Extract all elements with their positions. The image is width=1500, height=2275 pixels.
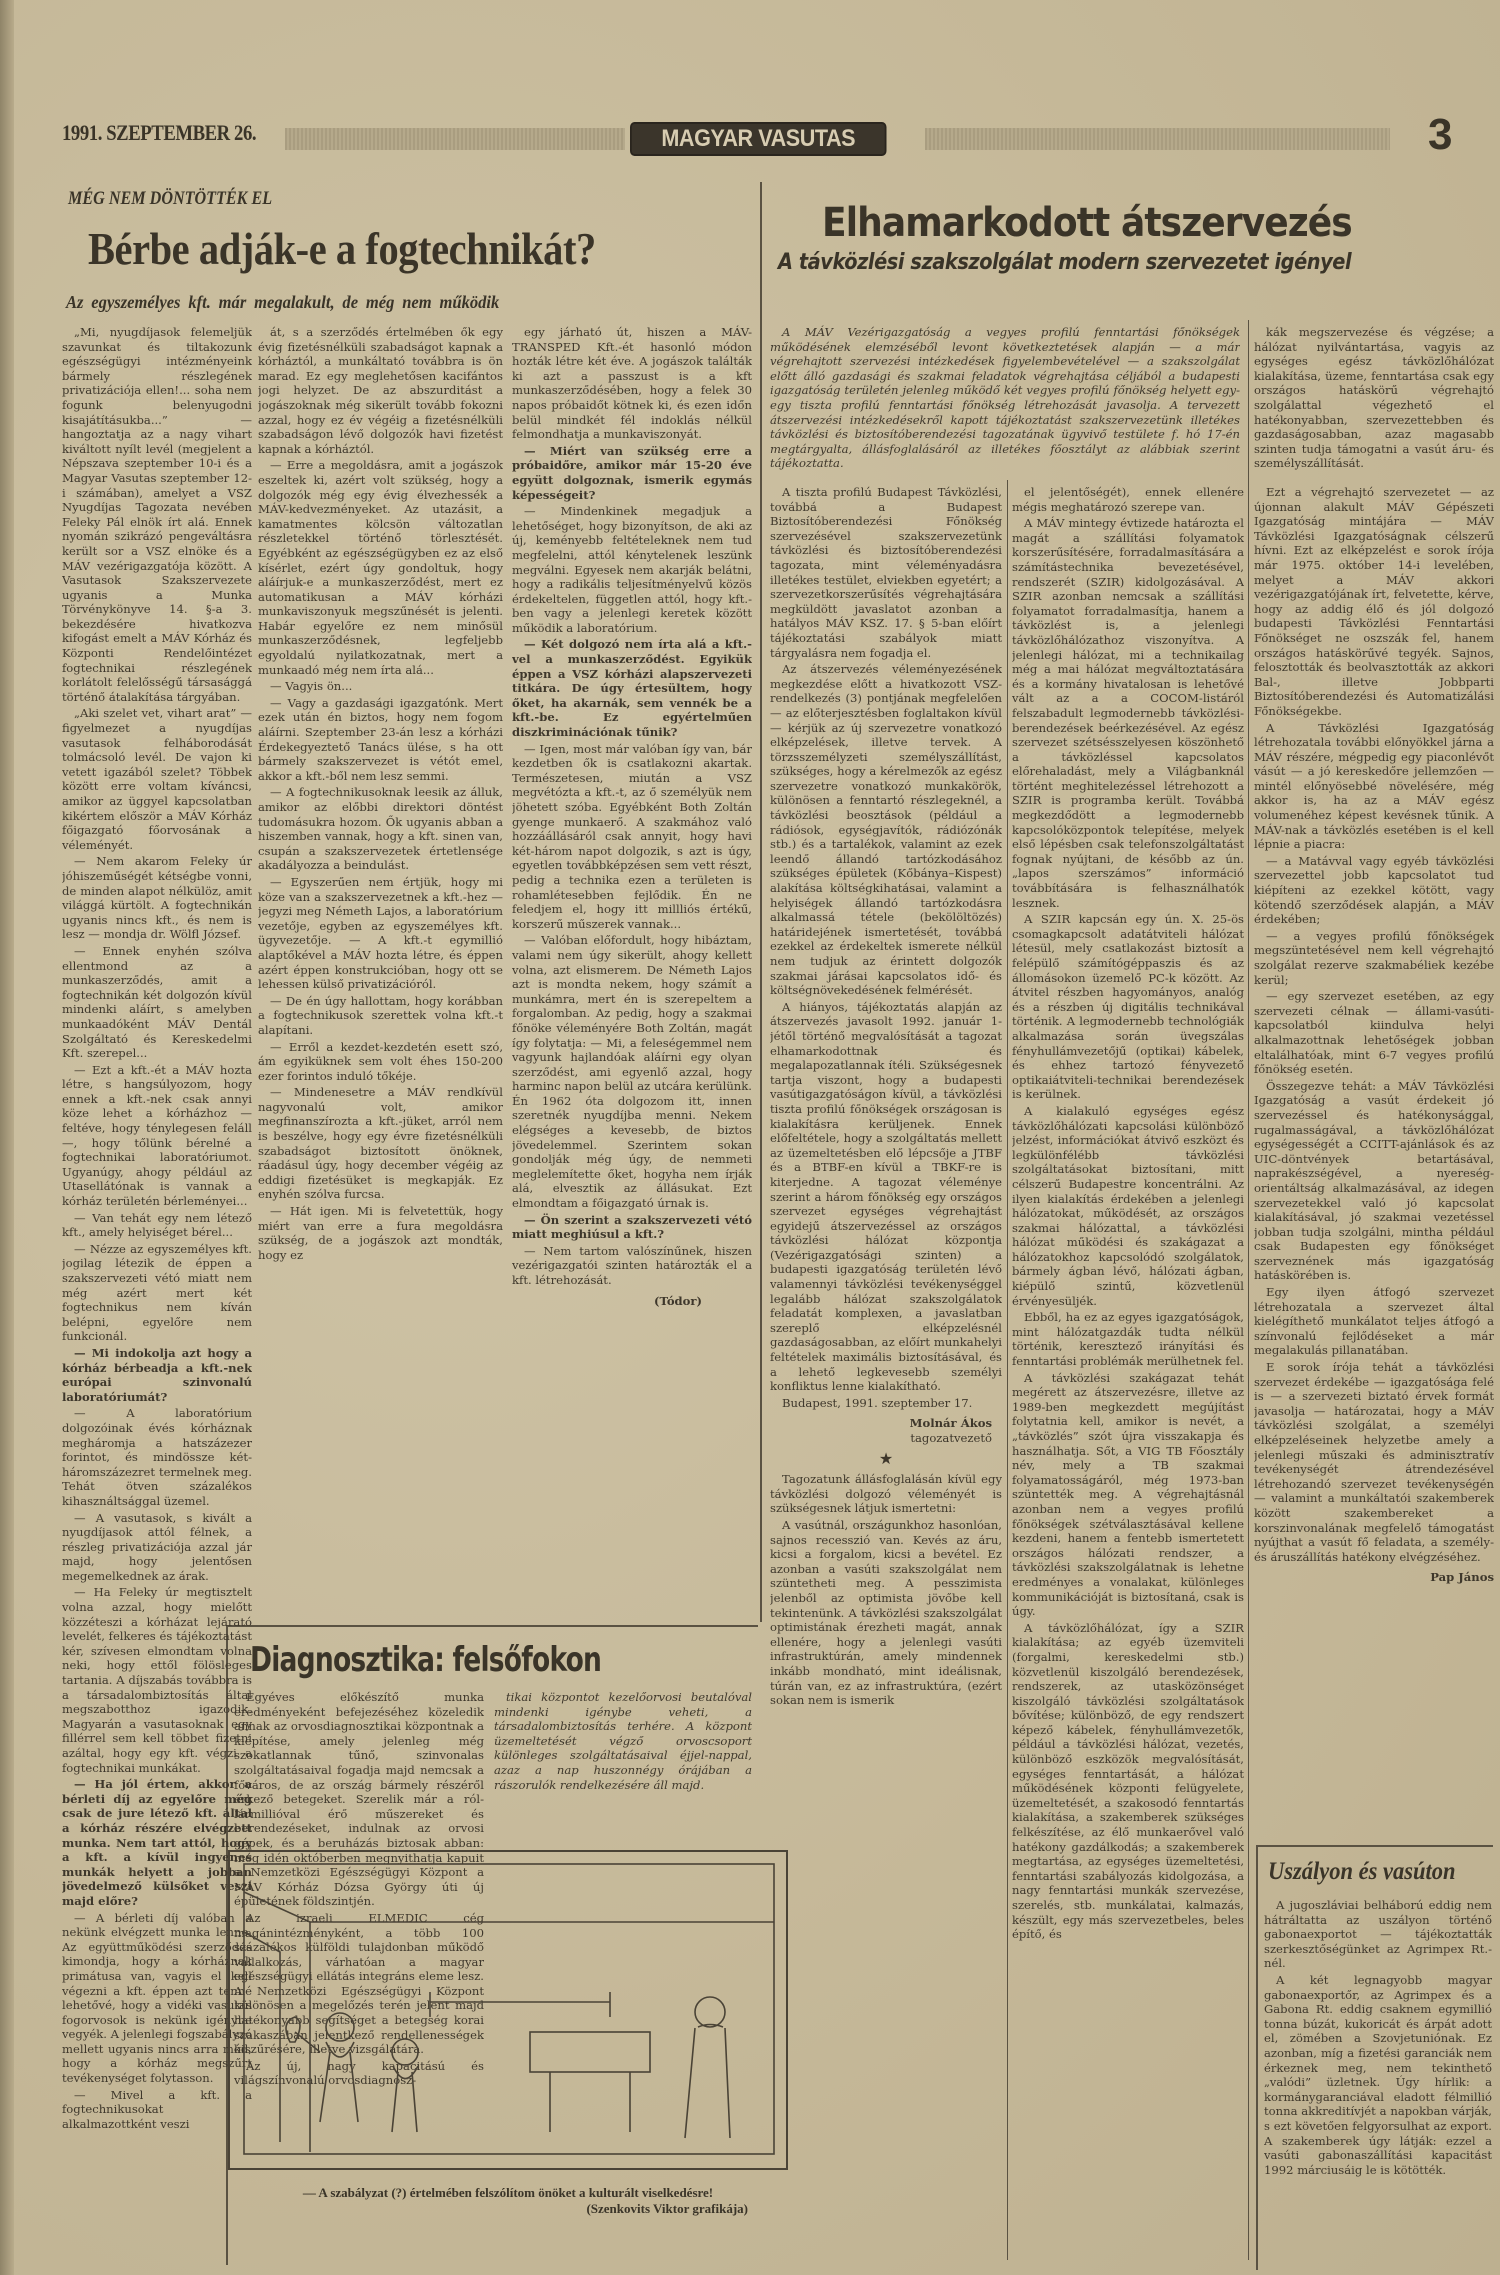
article-column-fogtechnika-3: egy járható út, hiszen a MÁV-TRANSPED Kf… bbox=[512, 325, 752, 1615]
paragraph: Egy ilyen átfogó szervezet létrehozatala… bbox=[1254, 1285, 1494, 1358]
column-rule bbox=[1248, 320, 1249, 2260]
paragraph: — Van tehát egy nem létező kft., amely h… bbox=[62, 1211, 252, 1240]
paragraph: Ebből, ha ez az egyes igazgatóságok, min… bbox=[1012, 1310, 1244, 1368]
column-rule bbox=[760, 182, 762, 1622]
article-lead-atszervezes: A MÁV Vezérigazgatóság a vegyes profilú … bbox=[770, 325, 1240, 475]
paragraph: — Ön szerint a szakszervezeti vétó miatt… bbox=[512, 1213, 752, 1242]
paragraph: — egy szervezet esetében, az egy szervez… bbox=[1254, 989, 1494, 1077]
paragraph: — Vagyis ön... bbox=[258, 679, 503, 694]
paragraph: — Mi indokolja azt hogy a kórház bérbead… bbox=[62, 1346, 252, 1404]
paragraph: — Ha Feleky úr megtisztelt volna azzal, … bbox=[62, 1585, 252, 1775]
masthead-rule-left bbox=[285, 128, 625, 150]
cartoon-caption: — A szabályzat (?) értelmében felszólíto… bbox=[228, 2185, 788, 2217]
paragraph: — Ha jól értem, akkor a bérleti díj az e… bbox=[62, 1777, 252, 1908]
paragraph: — a vegyes profilú főnökségek megszüntet… bbox=[1254, 929, 1494, 987]
article-subheadline-atszervezes: A távközlési szakszolgálat modern szerve… bbox=[778, 250, 1351, 275]
paragraph: A távközlőhálózat, így a SZIR kialakítás… bbox=[1012, 1621, 1244, 1942]
paragraph: Tagozatunk állásfoglalásán kívül egy táv… bbox=[770, 1472, 1002, 1516]
paragraph: — De én úgy hallottam, hogy korábban a f… bbox=[258, 994, 503, 1038]
paragraph: A Távközlési Igazgatóság létrehozatala t… bbox=[1254, 721, 1494, 852]
paragraph: — Mivel a kft. a fogtechnikusokat alkalm… bbox=[62, 2088, 252, 2132]
caption-text: — A szabályzat (?) értelmében felszólíto… bbox=[303, 2185, 713, 2200]
paragraph: — Igen, most már valóban így van, bár ke… bbox=[512, 742, 752, 932]
paragraph: — Mindenesetre a MÁV rendkívül nagyvonal… bbox=[258, 1085, 503, 1202]
paragraph: Ezt a végrehajtó szervezetet — az újonna… bbox=[1254, 485, 1494, 719]
article-lead-continued: kák megszervezése és végzése; a hálózat … bbox=[1254, 325, 1494, 475]
paragraph: A vasútnál, országunkhoz hasonlóan, sajn… bbox=[770, 1518, 1002, 1708]
article-column-atszervezes-2: el jelentőségét), ennek ellenére mégis m… bbox=[1012, 485, 1244, 2270]
paragraph: — A bérleti díj valóban a nekünk elvégze… bbox=[62, 1911, 252, 2086]
paragraph: egy járható út, hiszen a MÁV-TRANSPED Kf… bbox=[512, 325, 752, 442]
article-column-diagnosztika-2: tikai központot kezelőorvosi beutalóval … bbox=[494, 1690, 752, 1840]
paragraph: — Ennek enyhén szólva ellentmond az a mu… bbox=[62, 944, 252, 1061]
article-column-fogtechnika-2: át, s a szerződés értelmében ők egy évig… bbox=[258, 325, 503, 1615]
article-column-atszervezes-3: Ezt a végrehajtó szervezetet — az újonna… bbox=[1254, 485, 1494, 1815]
section-rule bbox=[228, 1625, 758, 1627]
paragraph: — Nézze az egyszemélyes kft. jogilag lét… bbox=[62, 1242, 252, 1344]
masthead-rule-right bbox=[925, 128, 1390, 150]
article-column-uszalyon: A jugoszláviai belháború eddig nem hátrá… bbox=[1264, 1898, 1492, 2268]
cartoon-illustration bbox=[228, 1850, 788, 2170]
paragraph: „Aki szelet vet, vihart arat” — figyelme… bbox=[62, 706, 252, 852]
paragraph: el jelentőségét), ennek ellenére mégis m… bbox=[1012, 485, 1244, 514]
place-date: Budapest, 1991. szeptember 17. bbox=[770, 1396, 1002, 1411]
paragraph: A tiszta profilú Budapest Távközlési, to… bbox=[770, 485, 1002, 660]
paragraph: — Erre a megoldásra, amit a jogászok esz… bbox=[258, 458, 503, 677]
caption-credit: (Szenkovits Viktor grafikája) bbox=[228, 2201, 788, 2217]
paper-nameplate: MAGYAR VASUTAS bbox=[630, 122, 887, 156]
paragraph: — Ezt a kft.-ét a MÁV hozta létre, s han… bbox=[62, 1063, 252, 1209]
author-signature: Molnár Ákos bbox=[770, 1416, 1002, 1431]
paragraph: — Hát igen. Mi is felvetettük, hogy miér… bbox=[258, 1204, 503, 1262]
paragraph: — Két dolgozó nem írta alá a kft.-vel a … bbox=[512, 637, 752, 739]
paragraph: — Miért van szükség erre a próbaidőre, a… bbox=[512, 444, 752, 502]
page-number: 3 bbox=[1428, 110, 1452, 160]
section-rule bbox=[1258, 1845, 1493, 1847]
paragraph: — Nem tartom valószínűnek, hiszen vezéri… bbox=[512, 1244, 752, 1288]
paragraph: — Erről a kezdet-kezdetén esett szó, ám … bbox=[258, 1040, 503, 1084]
author-title: tagozatvezető bbox=[770, 1431, 1002, 1446]
column-rule bbox=[1256, 1845, 1258, 2270]
page-fold-shadow bbox=[0, 0, 14, 2275]
paragraph: — A vasutasok, s kivált a nyugdíjasok at… bbox=[62, 1511, 252, 1584]
article-subheadline-fogtechnika: Az egyszemélyes kft. már megalakult, de … bbox=[66, 292, 499, 313]
paragraph: át, s a szerződés értelmében ők egy évig… bbox=[258, 325, 503, 456]
article-headline-fogtechnika: Bérbe adják-e a fogtechnikát? bbox=[88, 222, 596, 275]
paragraph: A jugoszláviai belháború eddig nem hátrá… bbox=[1264, 1898, 1492, 1971]
paragraph: — Nem akarom Feleky úr jóhiszeműségét ké… bbox=[62, 854, 252, 942]
paragraph: A kialakuló egységes egész távközlőhálóz… bbox=[1012, 1104, 1244, 1308]
paragraph: — A fogtechnikusoknak leesik az álluk, a… bbox=[258, 785, 503, 873]
paragraph: — Valóban előfordult, hogy hibáztam, val… bbox=[512, 933, 752, 1210]
paragraph: — Egyszerűen nem értjük, hogy mi köze va… bbox=[258, 875, 503, 992]
paragraph: E sorok írója tehát a távközlési szervez… bbox=[1254, 1360, 1494, 1564]
lead-paragraph: A MÁV Vezérigazgatóság a vegyes profilú … bbox=[770, 325, 1240, 471]
lead-paragraph-end: kák megszervezése és végzése; a hálózat … bbox=[1254, 325, 1494, 471]
article-kicker: MÉG NEM DÖNTÖTTÉK EL bbox=[68, 188, 272, 210]
cartoon-drawing bbox=[230, 1852, 786, 2168]
author-signature: (Tódor) bbox=[512, 1294, 752, 1309]
star-separator-icon: ★ bbox=[770, 1452, 1002, 1467]
paragraph: tikai központot kezelőorvosi beutalóval … bbox=[494, 1690, 752, 1792]
paragraph: A hiányos, tájékoztatás alapján az átsze… bbox=[770, 1000, 1002, 1394]
paragraph: — a Matávval vagy egyéb távközlési szerv… bbox=[1254, 854, 1494, 927]
column-rule bbox=[1007, 480, 1008, 2260]
paragraph: A távközlési szakágazat tehát megérett a… bbox=[1012, 1371, 1244, 1619]
article-column-fogtechnika-1: „Mi, nyugdíjasok felemeljük szavunkat és… bbox=[62, 325, 252, 2270]
article-column-atszervezes-1: A tiszta profilú Budapest Távközlési, to… bbox=[770, 485, 1002, 2270]
paragraph: — Vagy a gazdasági igazgatónk. Mert ezek… bbox=[258, 696, 503, 784]
paragraph: A két legnagyobb magyar gabonaexportőr, … bbox=[1264, 1973, 1492, 2177]
article-headline-atszervezes: Elhamarkodott átszervezés bbox=[822, 200, 1352, 246]
article-headline-diagnosztika: Diagnosztika: felsőfokon bbox=[250, 1640, 601, 1680]
paragraph: — Mindenkinek megadjuk a lehetőséget, ho… bbox=[512, 504, 752, 635]
author-signature: Pap János bbox=[1254, 1570, 1494, 1585]
paragraph: Összegezve tehát: a MÁV Távközlési Igazg… bbox=[1254, 1079, 1494, 1283]
article-headline-uszalyon: Uszályon és vasúton bbox=[1268, 1858, 1456, 1886]
paragraph: A MÁV mintegy évtizede határozta el magá… bbox=[1012, 516, 1244, 910]
paragraph: — A laboratórium dolgozóinak évés kórház… bbox=[62, 1406, 252, 1508]
paragraph: Az átszervezés véleményezésének megkezdé… bbox=[770, 662, 1002, 998]
issue-date: 1991. SZEPTEMBER 26. bbox=[62, 120, 256, 146]
paragraph: „Mi, nyugdíjasok felemeljük szavunkat és… bbox=[62, 325, 252, 704]
paragraph: A SZIR kapcsán egy ún. X. 25-ös csomagka… bbox=[1012, 912, 1244, 1102]
